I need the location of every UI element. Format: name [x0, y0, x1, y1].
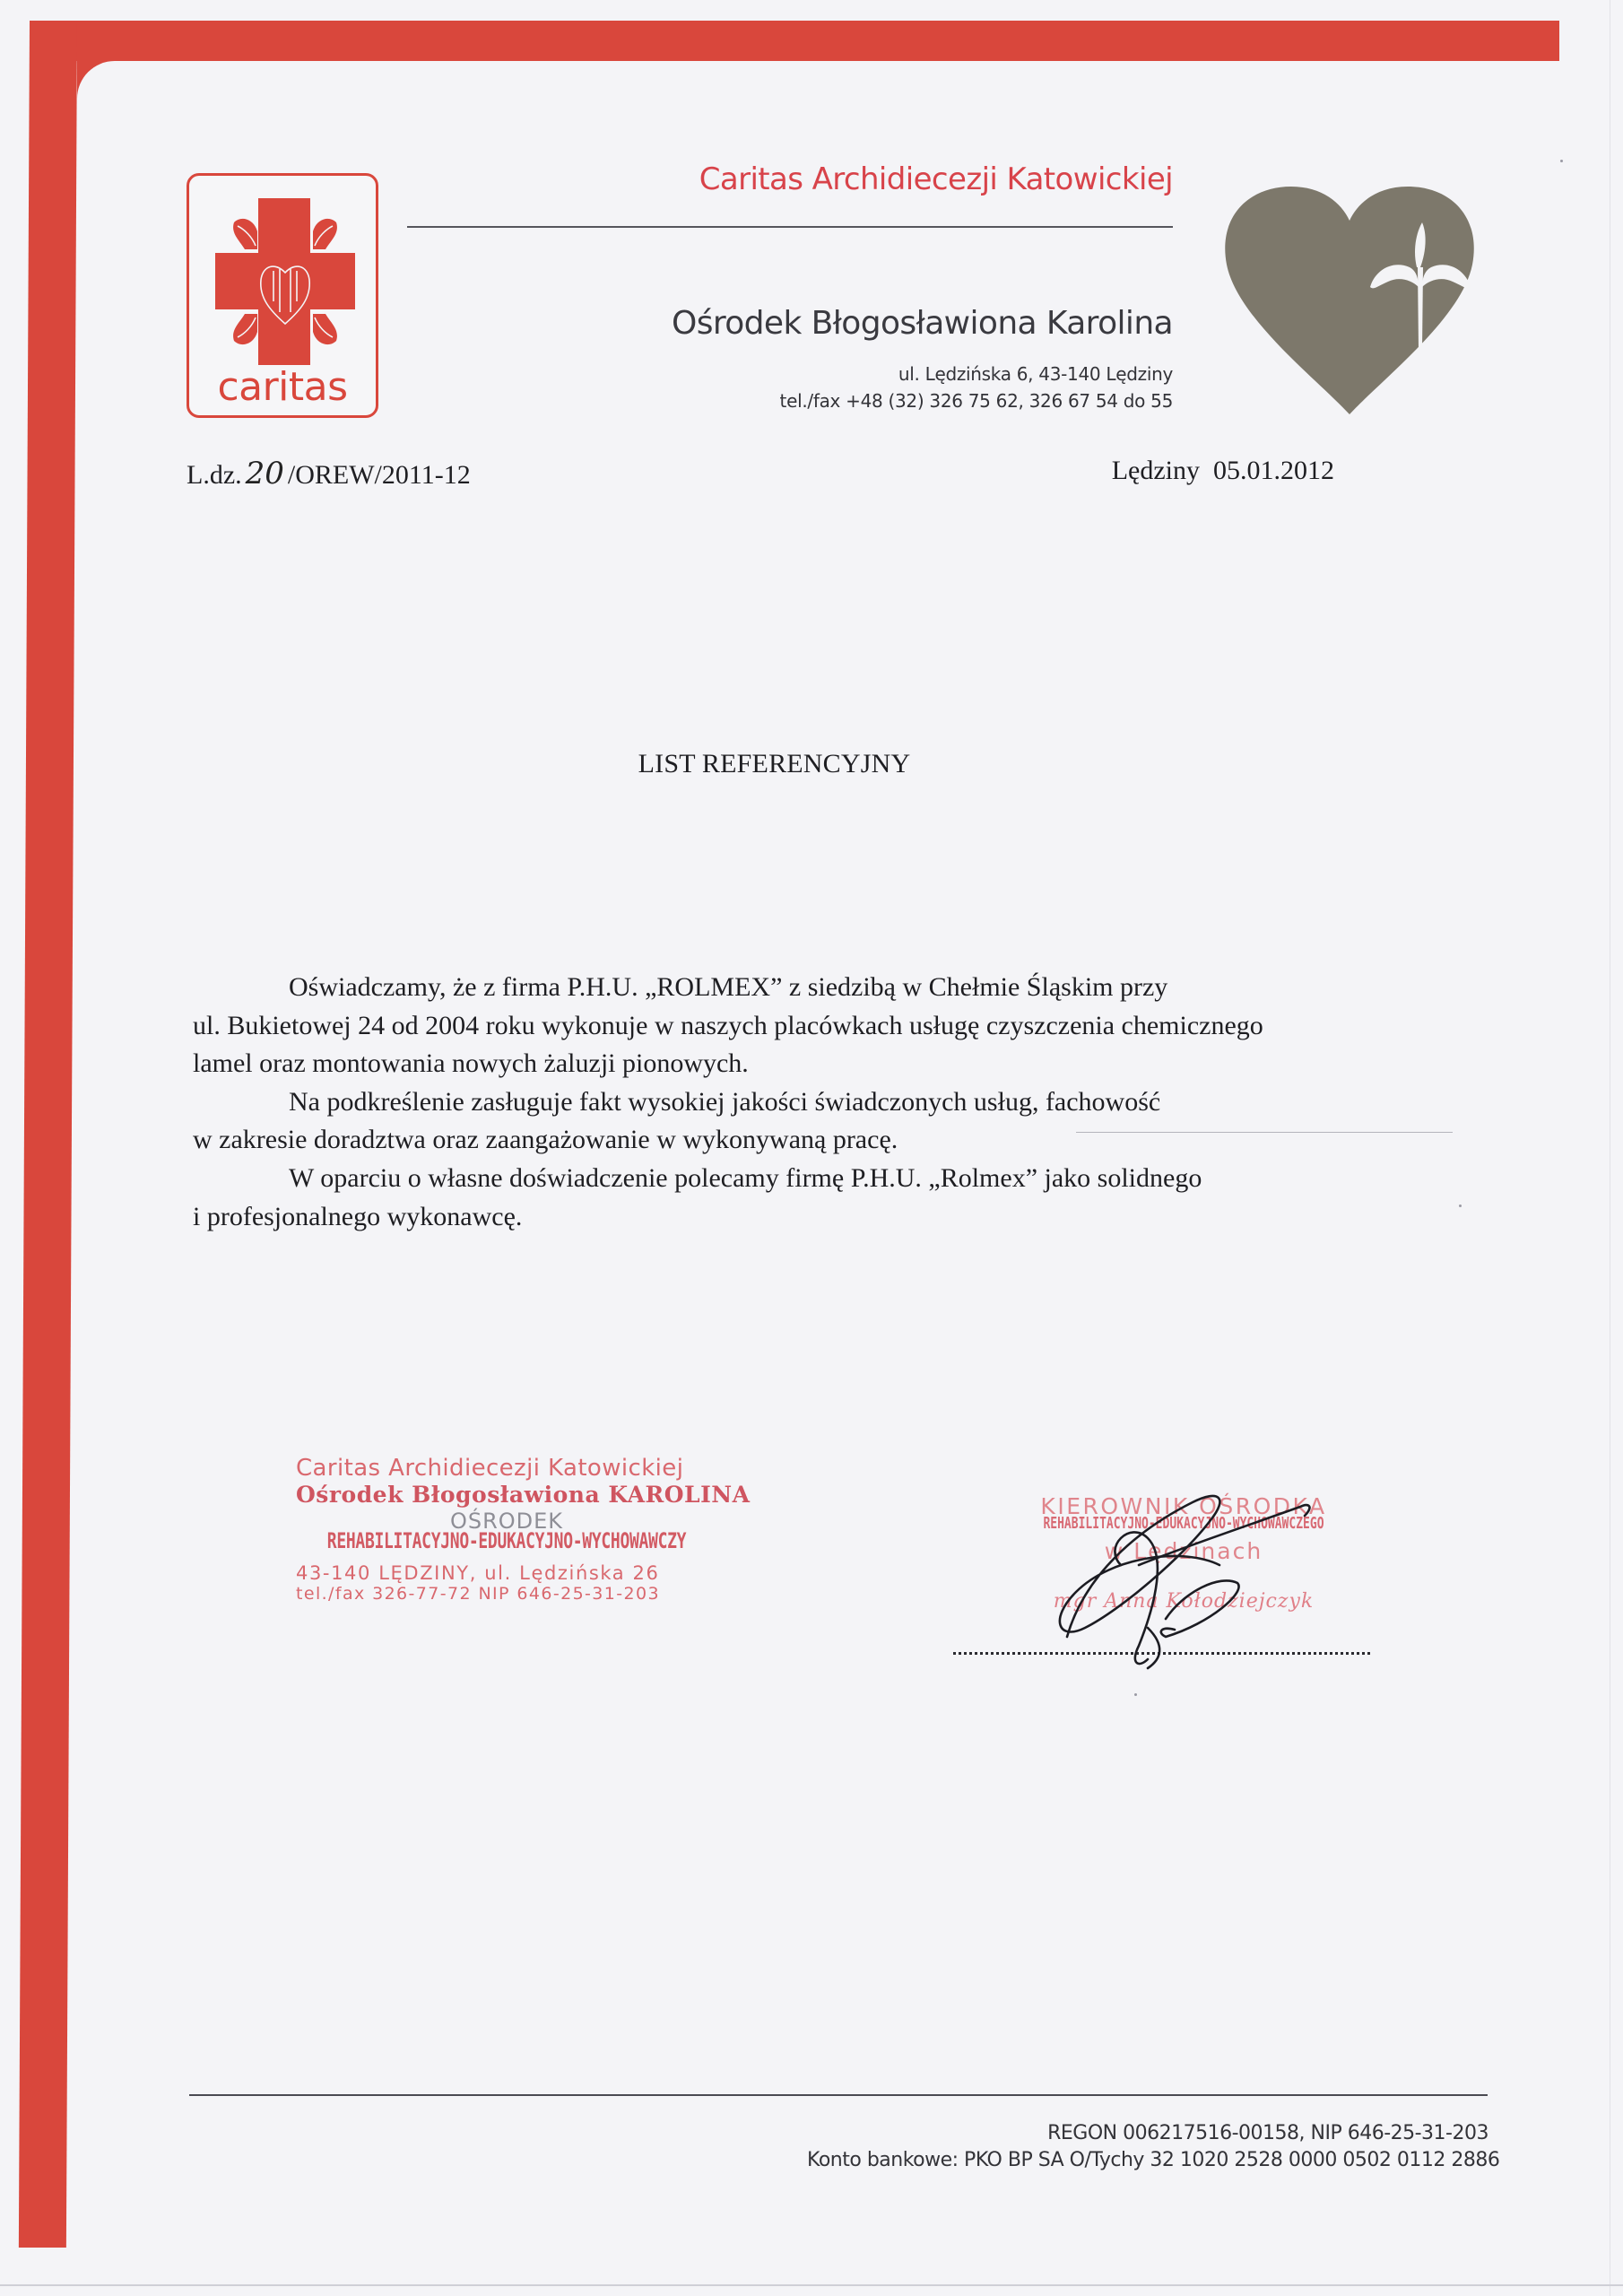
body-line: w zakresie doradztwa oraz zaangażowanie …: [193, 1121, 1466, 1160]
body-line: Oświadczamy, że z firma P.H.U. „ROLMEX” …: [193, 969, 1466, 1007]
stamp-line: Ośrodek Błogosławiona KAROLINA: [296, 1482, 744, 1509]
bank-account: Konto bankowe: PKO BP SA O/Tychy 32 1020…: [807, 2149, 1488, 2171]
footer-divider: [189, 2094, 1488, 2096]
stamp-line: REHABILITACYJNO-EDUKACYJNO-WYCHOWAWCZEGO: [995, 1515, 1372, 1542]
stamp-line: tel./fax 326-77-72 NIP 646-25-31-203: [296, 1584, 744, 1605]
header-divider: [407, 226, 1173, 228]
signatory-stamp: KIEROWNIK OŚRODKA REHABILITACYJNO-EDUKAC…: [995, 1493, 1372, 1613]
scan-artifact-line: [1076, 1132, 1453, 1133]
letterhead-frame-corner: [77, 61, 117, 101]
stamp-line: REHABILITACYJNO-EDUKACYJNO-WYCHOWAWCZY: [296, 1528, 717, 1567]
body-line: Na podkreślenie zasługuje fakt wysokiej …: [193, 1083, 1466, 1122]
body-line: W oparciu o własne doświadczenie polecam…: [193, 1160, 1466, 1198]
institution-stamp: Caritas Archidiecezji Katowickiej Ośrode…: [296, 1455, 744, 1605]
body-line: i profesjonalnego wykonawcę.: [193, 1198, 1466, 1237]
organization-name: Caritas Archidiecezji Katowickiej: [538, 161, 1173, 197]
date-value: 05.01.2012: [1213, 456, 1334, 485]
caritas-logo-text: caritas: [189, 364, 376, 410]
signature-line: [953, 1652, 1370, 1655]
signatory-name: mgr Anna Kołodziejczyk: [995, 1590, 1372, 1613]
letter-body: Oświadczamy, że z firma P.H.U. „ROLMEX” …: [193, 969, 1466, 1236]
page-edge: [0, 2284, 1623, 2286]
heart-lily-icon: [1211, 170, 1488, 422]
caritas-logo: caritas: [187, 173, 378, 418]
document-title: LIST REFERENCYJNY: [538, 749, 1011, 779]
stamp-line: Caritas Archidiecezji Katowickiej: [296, 1455, 744, 1482]
reference-number: L.dz.20/OREW/2011-12: [187, 456, 471, 491]
date-place: Lędziny: [1112, 456, 1200, 485]
center-address: ul. Lędzińska 6, 43-140 Lędziny: [681, 363, 1173, 385]
scan-speck: [1560, 160, 1563, 162]
body-line: lamel oraz montowania nowych żaluzji pio…: [193, 1045, 1466, 1083]
body-line: ul. Bukietowej 24 od 2004 roku wykonuje …: [193, 1007, 1466, 1046]
scan-speck: [1459, 1205, 1462, 1207]
registry-numbers: REGON 006217516-00158, NIP 646-25-31-203: [807, 2122, 1488, 2144]
letter-date: Lędziny 05.01.2012: [977, 456, 1334, 486]
reference-suffix: /OREW/2011-12: [288, 460, 471, 490]
reference-handwritten-number: 20: [246, 456, 284, 491]
center-name: Ośrodek Błogosławiona Karolina: [502, 305, 1173, 342]
page-edge: [1610, 0, 1610, 2296]
letterhead-frame-top-bar: [30, 21, 1559, 61]
center-phone: tel./fax +48 (32) 326 75 62, 326 67 54 d…: [681, 390, 1173, 412]
stamp-line: w Lędzinach: [995, 1538, 1372, 1590]
scan-speck: [1134, 1693, 1137, 1696]
reference-prefix: L.dz.: [187, 460, 242, 490]
letterhead-frame-left-bar: [19, 21, 77, 2248]
